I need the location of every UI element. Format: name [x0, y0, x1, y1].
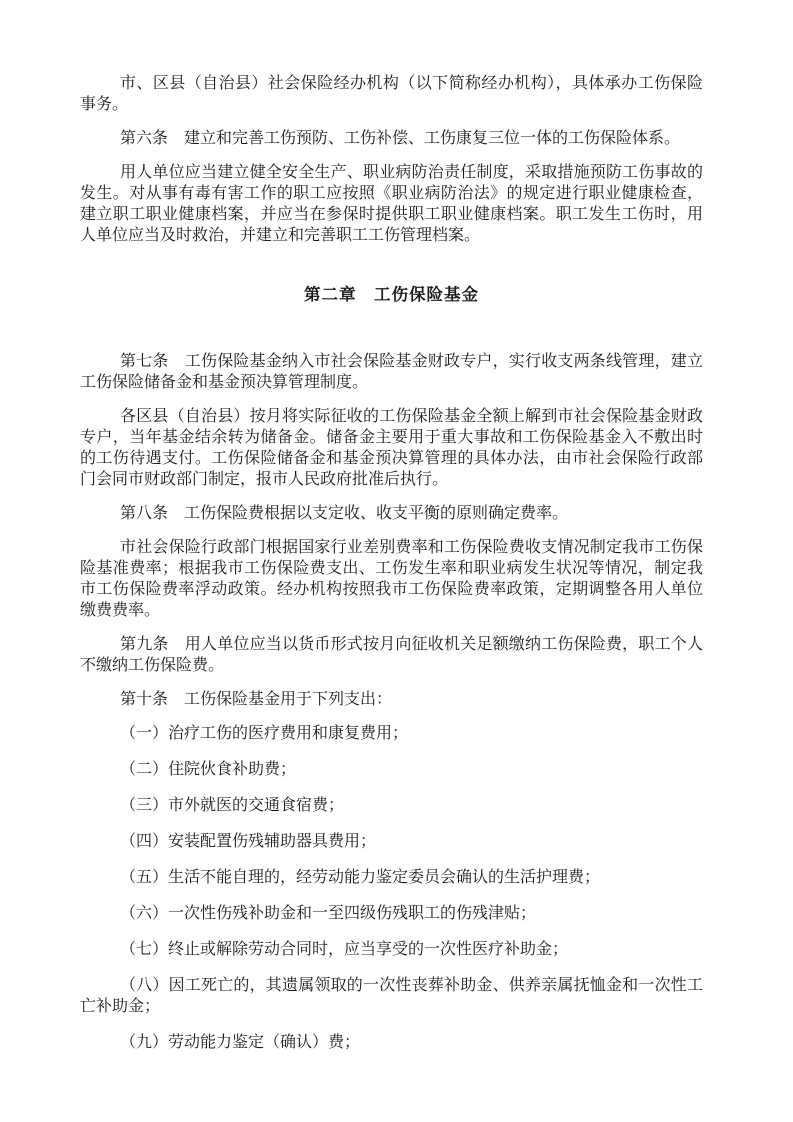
paragraph-rate-policy: 市社会保险行政部门根据国家行业差别费率和工伤保险费收支情况制定我市工伤保险基准费…	[80, 537, 703, 621]
paragraph-fund-reserve: 各区县（自治县）按月将实际征收的工伤保险基金全额上解到市社会保险基金财政专户，当…	[80, 406, 703, 490]
article-10: 第十条 工伤保险基金用于下列支出：	[80, 689, 703, 710]
article-7: 第七条 工伤保险基金纳入市社会保险基金财政专户，实行收支两条线管理，建立工伤保险…	[80, 351, 703, 393]
paragraph-employer-duties: 用人单位应当建立健全安全生产、职业病防治责任制度，采取措施预防工伤事故的发生。对…	[80, 162, 703, 246]
document-page: 市、区县（自治县）社会保险经办机构（以下简称经办机构），具体承办工伤保险事务。 …	[0, 0, 793, 1122]
paragraph-agency-handling: 市、区县（自治县）社会保险经办机构（以下简称经办机构），具体承办工伤保险事务。	[80, 73, 703, 115]
article-8: 第八条 工伤保险费根据以支定收、收支平衡的原则确定费率。	[80, 503, 703, 524]
list-item-9: （九）劳动能力鉴定（确认）费；	[80, 1032, 703, 1053]
list-item-5: （五）生活不能自理的，经劳动能力鉴定委员会确认的生活护理费；	[80, 867, 703, 888]
article-9: 第九条 用人单位应当以货币形式按月向征收机关足额缴纳工伤保险费，职工个人不缴纳工…	[80, 634, 703, 676]
article-6: 第六条 建立和完善工伤预防、工伤补偿、工伤康复三位一体的工伤保险体系。	[80, 128, 703, 149]
list-item-8: （八）因工死亡的，其遗属领取的一次性丧葬补助金、供养亲属抚恤金和一次性工亡补助金…	[80, 975, 703, 1017]
list-item-1: （一）治疗工伤的医疗费用和康复费用；	[80, 723, 703, 744]
list-item-2: （二）住院伙食补助费；	[80, 759, 703, 780]
list-item-7: （七）终止或解除劳动合同时，应当享受的一次性医疗补助金；	[80, 939, 703, 960]
chapter-2-heading: 第二章 工伤保险基金	[80, 284, 703, 305]
list-item-3: （三）市外就医的交通食宿费；	[80, 795, 703, 816]
list-item-4: （四）安装配置伤残辅助器具费用；	[80, 831, 703, 852]
list-item-6: （六）一次性伤残补助金和一至四级伤残职工的伤残津贴；	[80, 903, 703, 924]
